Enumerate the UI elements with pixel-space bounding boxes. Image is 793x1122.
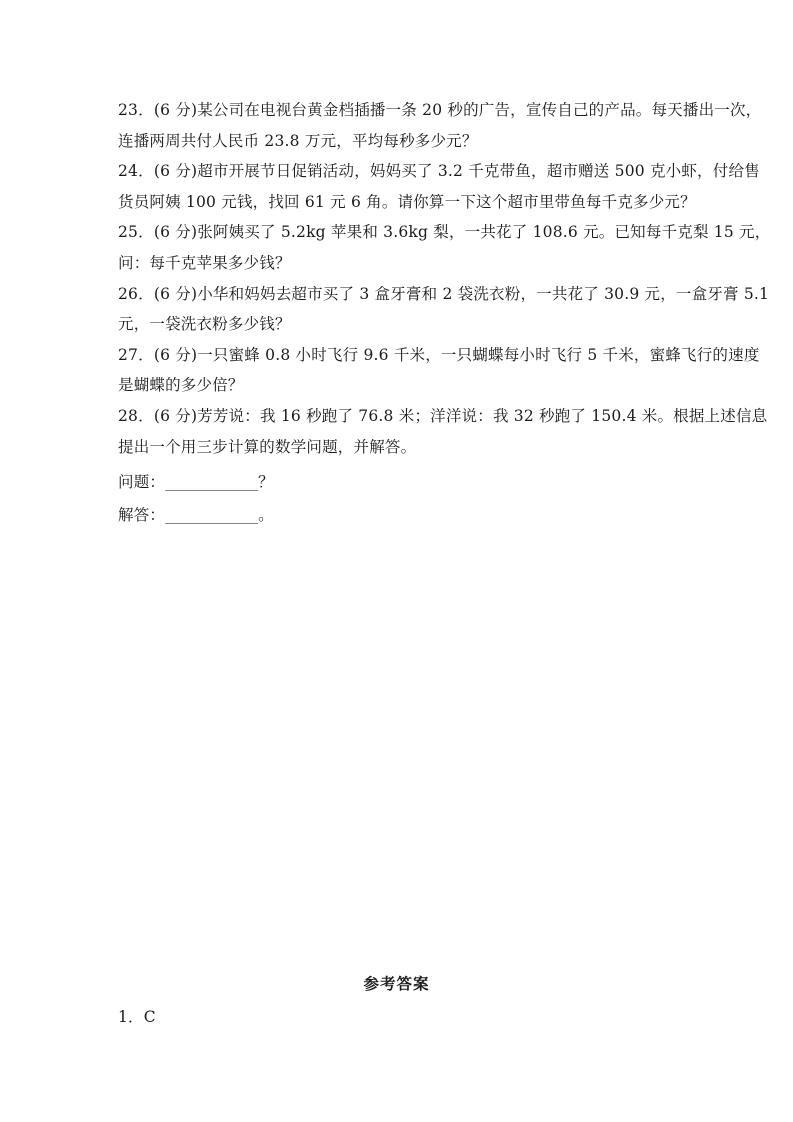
fill-in-question-blank: ____________ [165, 473, 258, 491]
question-24-line-1: 24．(6 分)超市开展节日促销活动，妈妈买了 3.2 千克带鱼，超市赠送 50… [118, 156, 681, 187]
question-27-line-2: 是蝴蝶的多少倍？ [118, 370, 681, 401]
worksheet-page: 23．(6 分)某公司在电视台黄金档插播一条 20 秒的广告，宣传自己的产品。每… [0, 0, 793, 1122]
fill-in-answer-suffix: 。 [258, 506, 274, 524]
answer-key-heading: 参考答案 [0, 969, 793, 999]
question-23-line-2: 连播两周共付人民币 23.8 万元，平均每秒多少元？ [118, 126, 681, 157]
fill-in-question-label: 问题： [118, 473, 165, 491]
question-27-line-1: 27．(6 分)一只蜜蜂 0.8 小时飞行 9.6 千米，一只蝴蝶每小时飞行 5… [118, 340, 681, 371]
fill-in-answer-line: 解答：____________。 [118, 500, 681, 531]
fill-in-question-line: 问题：____________？ [118, 467, 681, 498]
question-26-line-1: 26．(6 分)小华和妈妈去超市买了 3 盒牙膏和 2 袋洗衣粉，一共花了 30… [118, 279, 681, 310]
question-28-line-2: 提出一个用三步计算的数学问题，并解答。 [118, 432, 681, 463]
question-28-line-1: 28．(6 分)芳芳说：我 16 秒跑了 76.8 米；洋洋说：我 32 秒跑了… [118, 401, 681, 432]
question-23-line-1: 23．(6 分)某公司在电视台黄金档插播一条 20 秒的广告，宣传自己的产品。每… [118, 95, 681, 126]
question-25-line-1: 25．(6 分)张阿姨买了 5.2kg 苹果和 3.6kg 梨，一共花了 108… [118, 217, 681, 248]
questions-section: 23．(6 分)某公司在电视台黄金档插播一条 20 秒的广告，宣传自己的产品。每… [118, 95, 681, 530]
question-24-line-2: 货员阿姨 100 元钱，找回 61 元 6 角。请你算一下这个超市里带鱼每千克多… [118, 187, 681, 218]
answer-item-1: 1．C [118, 1002, 156, 1032]
fill-in-question-suffix: ？ [258, 473, 274, 491]
fill-in-answer-label: 解答： [118, 506, 165, 524]
question-26-line-2: 元，一袋洗衣粉多少钱？ [118, 309, 681, 340]
fill-in-answer-blank: ____________ [165, 506, 258, 524]
question-25-line-2: 问：每千克苹果多少钱？ [118, 248, 681, 279]
